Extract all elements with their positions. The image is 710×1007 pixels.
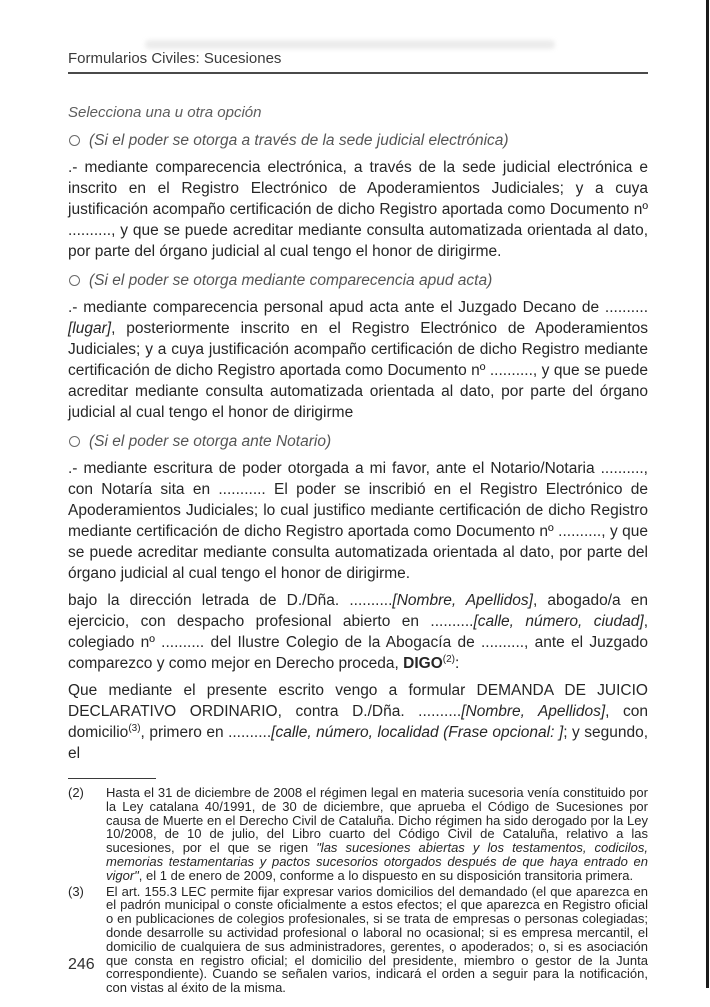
option-label: (Si el poder se otorga ante Notario) <box>89 432 331 452</box>
footnote-2: (2) Hasta el 31 de diciembre de 2008 el … <box>68 786 648 883</box>
text-segment: , el 1 de enero de 2009, conforme a lo d… <box>139 868 633 883</box>
placeholder-lugar: [lugar] <box>68 320 111 337</box>
instruction-note: Selecciona una u otra opción <box>68 104 648 122</box>
scan-edge-line <box>706 0 709 988</box>
option-sede-electronica: (Si el poder se otorga a través de la se… <box>68 131 648 151</box>
document-page: Formularios Civiles: Sucesiones Seleccio… <box>0 0 710 1007</box>
paragraph-demanda: Que mediante el presente escrito vengo a… <box>68 680 648 764</box>
paragraph-escritura-notario: .- mediante escritura de poder otorgada … <box>68 458 648 584</box>
option-ante-notario: (Si el poder se otorga ante Notario) <box>68 432 648 452</box>
option-label: (Si el poder se otorga a través de la se… <box>89 131 509 151</box>
radio-circle-icon <box>69 436 80 447</box>
option-apud-acta: (Si el poder se otorga mediante comparec… <box>68 271 648 291</box>
radio-circle-icon <box>69 135 80 146</box>
footnote-3: (3) El art. 155.3 LEC permite fijar expr… <box>68 885 648 995</box>
running-header: Formularios Civiles: Sucesiones <box>68 50 648 74</box>
placeholder-calle-numero-ciudad: [calle, número, ciudad] <box>473 613 643 630</box>
footnote-ref-2: (2) <box>443 654 455 665</box>
footnote-separator <box>68 778 156 779</box>
running-header-title: Formularios Civiles: Sucesiones <box>68 50 281 67</box>
footnote-ref-3: (3) <box>128 723 140 734</box>
paragraph-comparecencia-electronica: .- mediante comparecencia electrónica, a… <box>68 157 648 262</box>
footnote-marker: (2) <box>68 786 106 800</box>
page-content: Formularios Civiles: Sucesiones Seleccio… <box>68 50 648 995</box>
text-segment: , primero en .......... <box>141 724 272 741</box>
paragraph-direccion-letrada: bajo la dirección letrada de D./Dña. ...… <box>68 590 648 674</box>
option-label: (Si el poder se otorga mediante comparec… <box>89 271 492 291</box>
radio-circle-icon <box>69 275 80 286</box>
scan-artifact <box>145 40 555 49</box>
placeholder-nombre-apellidos: [Nombre, Apellidos] <box>392 592 533 609</box>
text-segment: bajo la dirección letrada de D./Dña. ...… <box>68 592 392 609</box>
text-segment: : <box>455 655 459 672</box>
footnote-text: Hasta el 31 de diciembre de 2008 el régi… <box>106 786 648 883</box>
footnote-marker: (3) <box>68 885 106 899</box>
placeholder-nombre-apellidos: [Nombre, Apellidos] <box>461 703 605 720</box>
footnote-text: El art. 155.3 LEC permite fijar expresar… <box>106 885 648 995</box>
text-segment: .- mediante comparecencia personal apud … <box>68 299 648 316</box>
paragraph-apud-acta: .- mediante comparecencia personal apud … <box>68 297 648 423</box>
text-segment: El art. 155.3 LEC permite fijar expresar… <box>106 884 648 996</box>
digo-emphasis: DIGO <box>403 655 443 672</box>
placeholder-calle-numero-localidad: [calle, número, localidad (Frase opciona… <box>271 724 563 741</box>
text-segment: , posteriormente inscrito en el Registro… <box>68 320 648 421</box>
page-number: 246 <box>68 956 95 974</box>
